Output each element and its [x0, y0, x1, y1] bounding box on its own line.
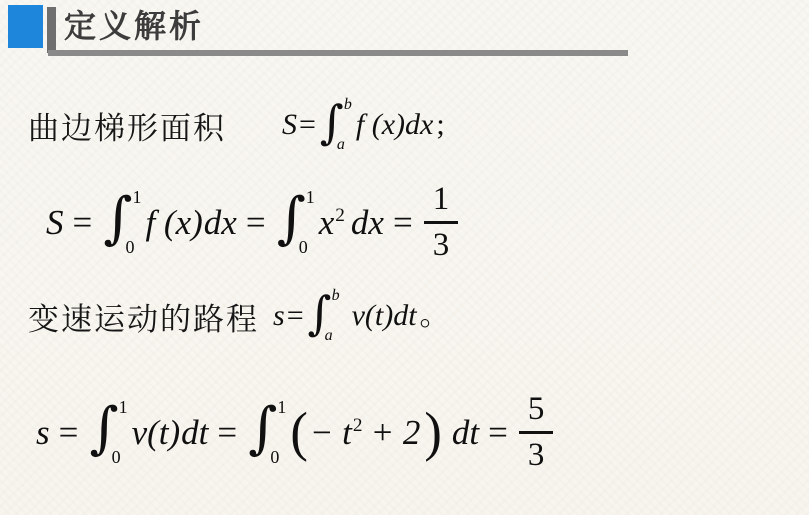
term-pre: − t: [310, 413, 352, 452]
formula-lhs: s: [273, 301, 285, 331]
integral-bounds: 1 0: [277, 398, 286, 466]
term-post: + 2: [371, 413, 421, 452]
upper-bound: 1: [132, 188, 141, 206]
integral-sign: ∫: [320, 99, 344, 145]
integral-sign: ∫: [277, 191, 306, 247]
integral-sign: ∫: [103, 191, 132, 247]
equals-sign: =: [393, 205, 413, 240]
fraction-denominator: 3: [528, 434, 545, 472]
differential: dt: [452, 415, 479, 450]
punctuation: ;: [436, 110, 444, 140]
formula-row-area-example: S = ∫ 1 0 f (x) dx = ∫ 1 0 x2 dx =: [46, 176, 458, 268]
integral: ∫ 1 0: [277, 188, 315, 256]
integral: ∫ 1 0: [89, 398, 127, 466]
label-variable-speed-distance: 变速运动的路程: [28, 294, 259, 339]
integrand: − t2+ 2: [310, 415, 421, 450]
integral: ∫ b a: [320, 97, 352, 153]
fraction: 1 3: [424, 183, 459, 262]
integrand: v(t): [132, 415, 181, 450]
formula-lhs: S: [46, 205, 64, 240]
equals-sign: =: [217, 415, 237, 450]
integrand: f (x)dx: [356, 110, 433, 140]
equals-sign: =: [488, 415, 508, 450]
slide-canvas: 定义解析 曲边梯形面积 S = ∫ b a f (x)dx ; S = ∫: [0, 0, 809, 515]
accent-square: [8, 5, 43, 48]
equals-sign: =: [299, 110, 316, 140]
label-curved-trapezoid-area: 曲边梯形面积: [28, 103, 226, 148]
upper-bound: 1: [306, 188, 315, 206]
fraction-denominator: 3: [433, 224, 450, 262]
integrand: v(t)dt: [352, 301, 417, 331]
formula-area-example: S = ∫ 1 0 f (x) dx = ∫ 1 0 x2 dx =: [46, 183, 458, 262]
term-base: x: [319, 203, 335, 242]
formula-lhs: S: [282, 110, 297, 140]
integral: ∫ 1 0: [103, 188, 141, 256]
integral-sign: ∫: [248, 401, 277, 457]
title-vertical-bar: [47, 7, 56, 53]
upper-bound: b: [332, 288, 340, 304]
definition-row-distance: 变速运动的路程 s = ∫ b a v(t)dt 。: [28, 276, 450, 356]
integral-bounds: b a: [344, 97, 352, 153]
integral: ∫ b a: [308, 288, 340, 344]
punctuation: 。: [420, 301, 450, 331]
fraction: 5 3: [519, 393, 554, 472]
integral-sign: ∫: [308, 290, 332, 336]
exponent: 2: [335, 205, 345, 226]
fraction-numerator: 5: [519, 393, 554, 434]
differential: dx: [204, 205, 237, 240]
equals-sign: =: [59, 415, 79, 450]
differential: dx: [351, 205, 384, 240]
integral-bounds: b a: [332, 288, 340, 344]
formula-distance-general: s = ∫ b a v(t)dt 。: [273, 288, 450, 344]
integral-sign: ∫: [89, 401, 118, 457]
title-underline-bar: [48, 50, 628, 56]
exponent: 2: [353, 415, 363, 436]
equals-sign: =: [246, 205, 266, 240]
integral-bounds: 1 0: [306, 188, 315, 256]
formula-row-distance-example: s = ∫ 1 0 v(t) dt = ∫ 1 0 ( − t2+ 2 ): [36, 384, 553, 480]
integral-bounds: 1 0: [132, 188, 141, 256]
integrand: x2: [319, 205, 345, 240]
upper-bound: 1: [277, 398, 286, 416]
definition-row-area: 曲边梯形面积 S = ∫ b a f (x)dx ;: [28, 86, 445, 164]
formula-distance-example: s = ∫ 1 0 v(t) dt = ∫ 1 0 ( − t2+ 2 ): [36, 393, 553, 472]
differential: dt: [181, 415, 208, 450]
equals-sign: =: [287, 301, 304, 331]
upper-bound: b: [344, 97, 352, 113]
integrand: f (x): [145, 205, 202, 240]
formula-area-general: S = ∫ b a f (x)dx ;: [282, 97, 445, 153]
integral-bounds: 1 0: [119, 398, 128, 466]
equals-sign: =: [73, 205, 93, 240]
upper-bound: 1: [119, 398, 128, 416]
integral: ∫ 1 0: [248, 398, 286, 466]
formula-lhs: s: [36, 415, 50, 450]
fraction-numerator: 1: [424, 183, 459, 224]
page-title: 定义解析: [64, 8, 204, 45]
